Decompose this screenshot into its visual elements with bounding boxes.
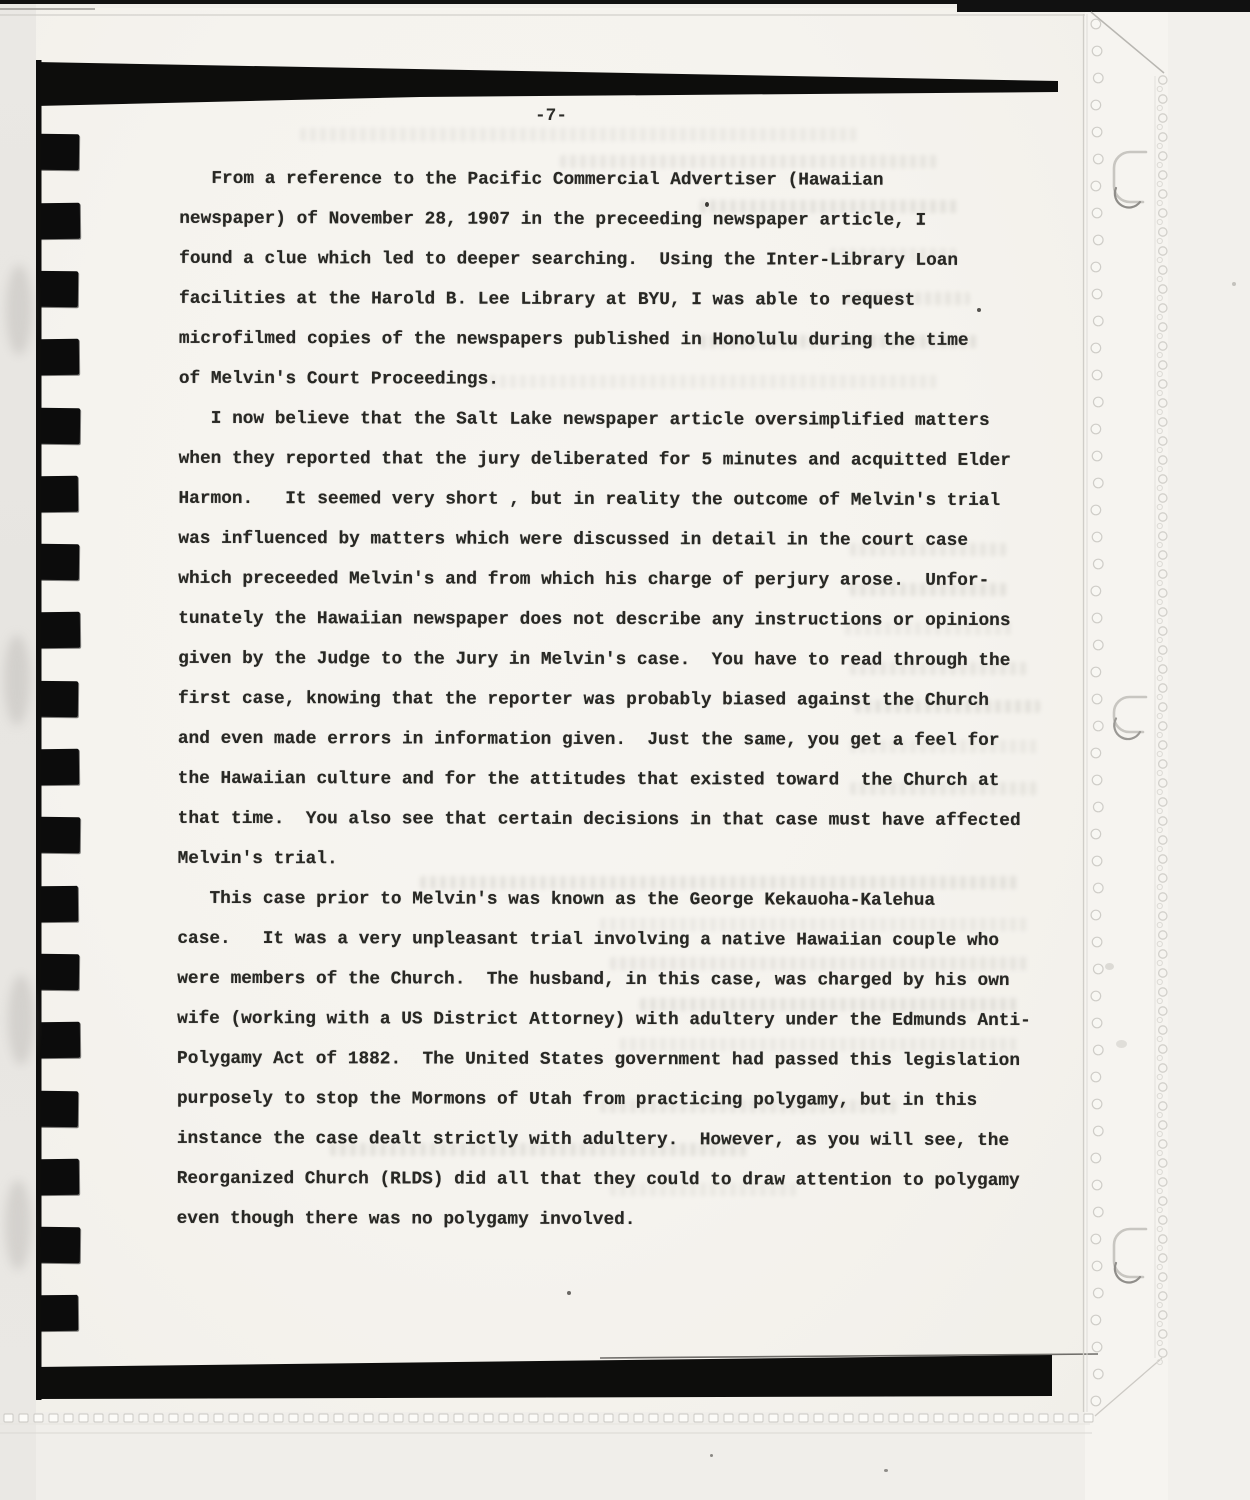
scan-speck — [1232, 282, 1236, 286]
scan-speck — [705, 202, 709, 207]
scan-speck — [1116, 1040, 1127, 1048]
scanned-document-scene: -7- From a reference to the Pacific Comm… — [0, 0, 1250, 1500]
scan-artifacts-overlay — [0, 0, 1250, 1500]
scan-speck — [567, 1291, 571, 1295]
scan-speck — [1105, 963, 1114, 970]
scan-shading-blob — [4, 635, 30, 725]
scan-shading-blob — [5, 1180, 31, 1270]
scan-shading-blob — [6, 265, 32, 355]
scan-speck — [884, 1469, 888, 1472]
scan-speck — [710, 1454, 713, 1457]
scan-speck — [977, 308, 981, 312]
scan-shading-blob — [8, 975, 34, 1065]
